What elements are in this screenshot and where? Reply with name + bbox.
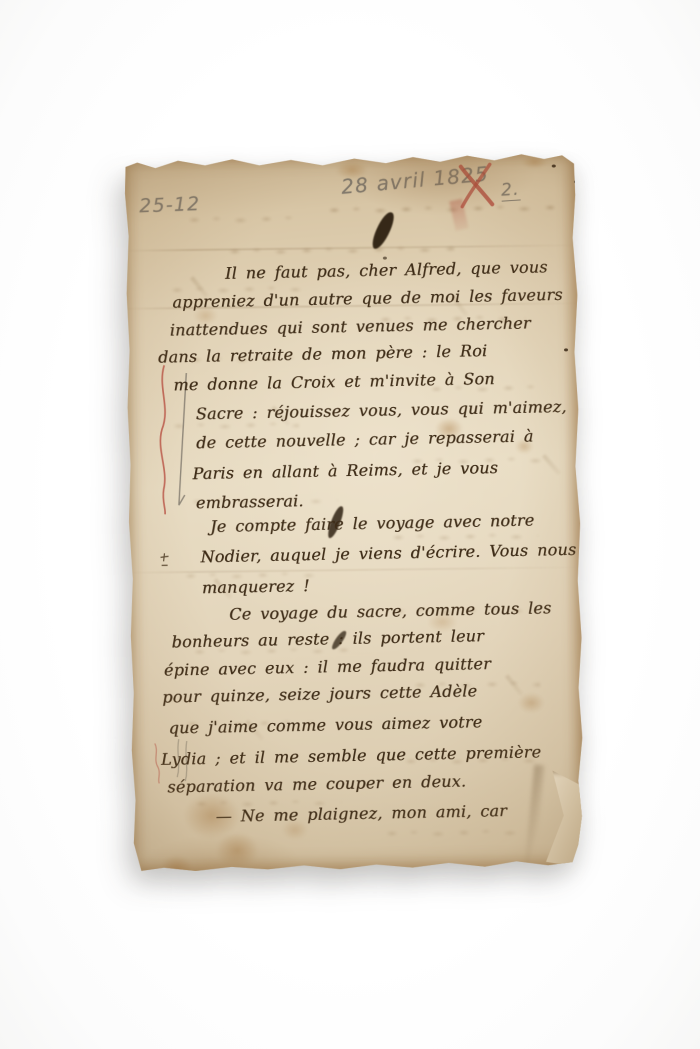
corner-fold-shadow xyxy=(525,765,544,867)
ink-speck xyxy=(383,257,387,260)
handwriting-line: — Ne me plaignez, mon ami, car xyxy=(216,802,508,826)
handwriting-line: me donne la Croix et m'invite à Son xyxy=(173,370,495,395)
handwriting-line: épine avec eux : il me faudra quitter xyxy=(164,655,491,680)
handwriting-line: de cette nouvelle ; car je repasserai à xyxy=(196,427,534,452)
ink-speck xyxy=(574,180,578,183)
ink-bleed-mark xyxy=(380,825,522,840)
ink-bleed-mark xyxy=(322,201,554,217)
handwriting-line: Sacre : réjouissez vous, vous qui m'aime… xyxy=(196,398,567,424)
pencil-inventory-number: 25-12 xyxy=(139,195,201,216)
ink-speck xyxy=(552,165,556,168)
handwriting-line: Je compte faire le voyage avec notre xyxy=(210,512,535,537)
paper-surface: 25-12 28 avril 1825 2. Il xyxy=(124,152,585,871)
ink-insert-mark xyxy=(158,553,170,567)
handwriting-line: Nodier, auquel je viens d'écrire. Vous n… xyxy=(200,541,576,567)
photo-background: 25-12 28 avril 1825 2. Il xyxy=(0,0,700,1049)
ink-bleed-mark xyxy=(542,454,561,475)
handwriting-line: manquerez ! xyxy=(202,577,310,598)
handwriting-line: pour quinze, seize jours cette Adèle xyxy=(162,682,477,707)
ink-speck xyxy=(564,348,568,351)
handwriting-line: Paris en allant à Reims, et je vous xyxy=(192,459,498,484)
ink-bleed-mark xyxy=(505,674,523,695)
handwriting-line: dans la retraite de mon père : le Roi xyxy=(158,342,488,367)
handwriting-line: inattendues qui sont venues me chercher xyxy=(170,314,531,340)
corner-fold xyxy=(535,770,590,869)
handwriting-line: que j'aime comme vous aimez votre xyxy=(168,713,482,738)
handwriting-line: bonheurs au reste : ils portent leur xyxy=(171,627,484,652)
ink-blot xyxy=(369,210,397,252)
stain xyxy=(522,155,548,169)
stain xyxy=(216,832,258,869)
stain xyxy=(160,855,192,881)
handwriting-line: embrasserai. xyxy=(196,492,304,513)
stain xyxy=(518,693,544,713)
paper-crease xyxy=(129,566,581,574)
handwriting-line: Lydia ; et il me semble que cette premiè… xyxy=(161,743,542,769)
handwriting-line: séparation va me couper en deux. xyxy=(167,772,466,796)
paper-crease xyxy=(125,244,577,252)
handwriting-line: Il ne faut pas, cher Alfred, que vous xyxy=(225,258,548,283)
handwriting-line: appreniez d'un autre que de moi les fave… xyxy=(172,286,563,312)
handwriting-line: Ce voyage du sacre, comme tous les xyxy=(229,599,552,624)
pencil-page-number: 2. xyxy=(501,181,521,201)
manuscript-sheet: 25-12 28 avril 1825 2. Il xyxy=(124,152,585,871)
